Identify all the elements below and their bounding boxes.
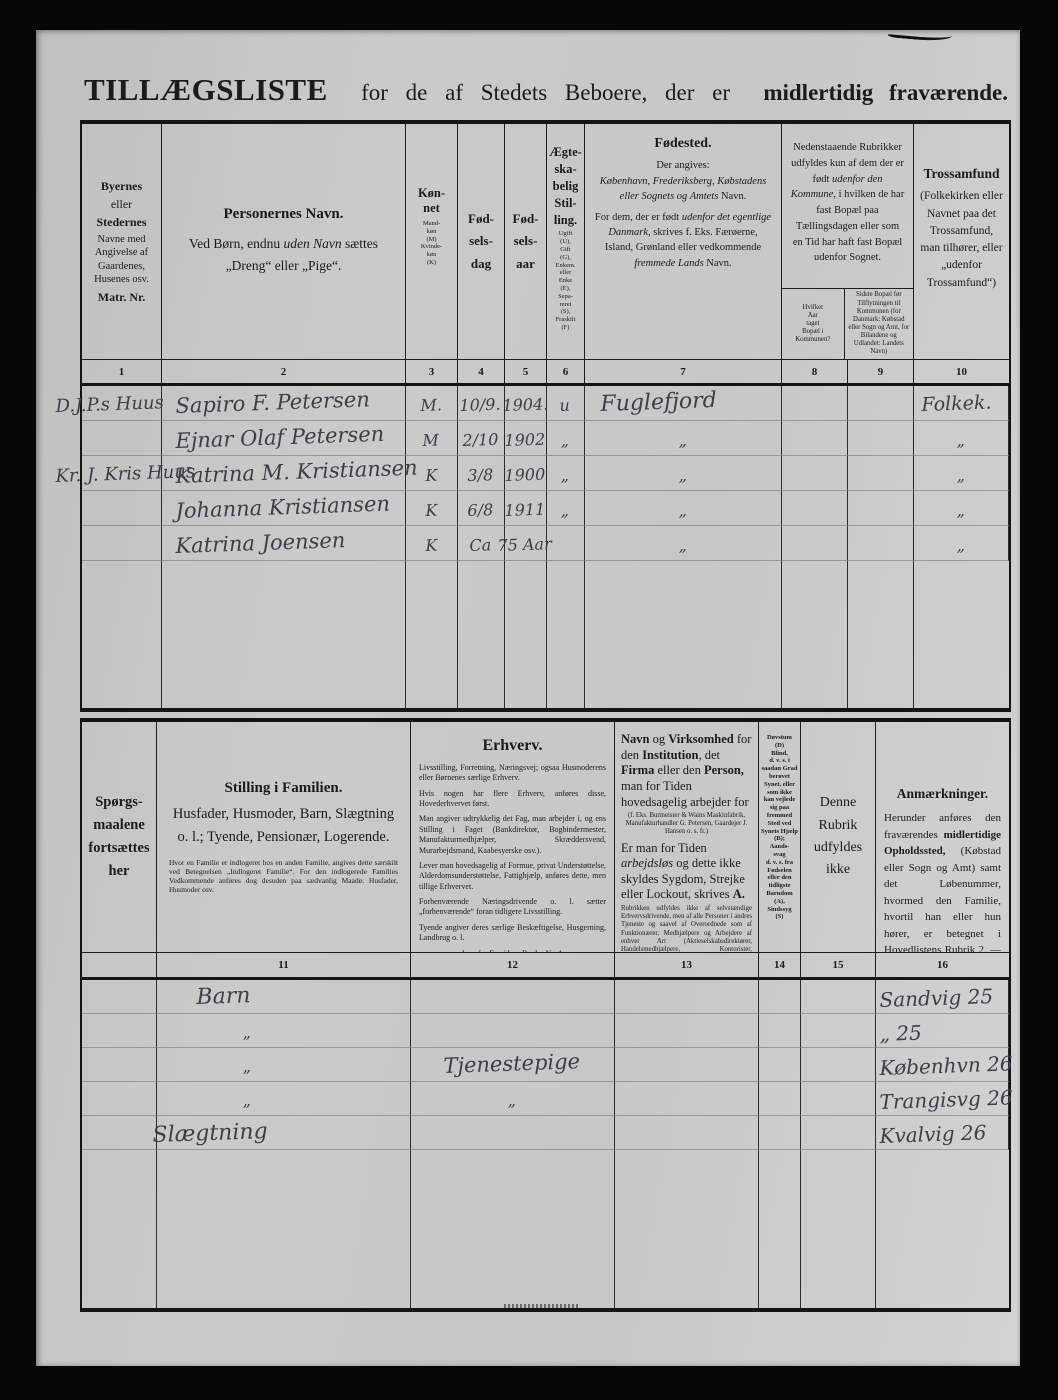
cell-family-position: „ <box>157 1048 411 1082</box>
cell-matr <box>82 526 162 561</box>
cell-unused <box>801 1014 876 1048</box>
cell-birthplace: Fuglefjord <box>585 386 782 421</box>
cell-stub <box>82 980 157 1014</box>
cell-remarks: Kvalvig 26 <box>876 1116 1009 1150</box>
cell-year-settled <box>782 456 848 491</box>
col10-subtext: (Folkekirken eller Navnet paa det Trossa… <box>920 188 1003 292</box>
census-scan-page: { "title":{"strong":"TILLÆGSLISTE","mid"… <box>0 0 1058 1400</box>
colnum-12: 12 <box>411 953 615 977</box>
cell-year-settled <box>782 386 848 421</box>
cell-last-residence <box>848 456 914 491</box>
cell-name: Ejnar Olaf Petersen <box>162 421 406 456</box>
col1-stedernes: Stedernes <box>97 213 147 231</box>
lower-table: Spørgs- maalene fortsættes her Stilling … <box>80 718 1011 1312</box>
cell-employer <box>615 980 759 1014</box>
header-col8-year-settled: Hvilket Aar taget Bopæl i Kommunen? <box>782 289 845 359</box>
cell-birthday: 10/9. <box>458 386 505 421</box>
empty-cell <box>547 561 585 708</box>
col4-heading: Fød- sels- dag <box>468 208 494 274</box>
colnum-15: 15 <box>801 953 876 977</box>
header-col13-employer: Navn og Virksomhed for den Institution, … <box>615 722 759 952</box>
header-col3-sex: Køn- net Mand- køn (M) Kvinde- køn (K) <box>406 124 458 359</box>
cell-disability <box>759 1048 801 1082</box>
cell-marital: „ <box>547 456 585 491</box>
empty-cell <box>162 561 406 708</box>
col1-matr-nr: Matr. Nr. <box>98 288 145 306</box>
cell-year-settled <box>782 421 848 456</box>
col13-main-text: Navn og Virksomhed for den Institution, … <box>621 732 752 810</box>
cell-matr <box>82 491 162 526</box>
col1-eller: eller <box>111 195 132 213</box>
col13-note-smallprint: Rubrikken udfyldes ikke af selvstændige … <box>621 905 752 952</box>
col16-heading: Anmærkninger. <box>897 784 988 804</box>
lower-table-body: Barn Sandvig 25 „ „ 25 „ Tjenestepige Kø… <box>82 980 1009 1308</box>
col1-byernes: Byernes <box>101 177 142 195</box>
cell-birthyear: 1900 <box>505 456 547 491</box>
colnum-14: 14 <box>759 953 801 977</box>
cell-sex: M. <box>406 386 458 421</box>
cell-year-settled <box>782 491 848 526</box>
header-stub-questions-continue: Spørgs- maalene fortsættes her <box>82 722 157 952</box>
empty-cell <box>82 561 162 708</box>
printer-imprint-smudge <box>504 1304 578 1308</box>
lower-table-column-numbers: 11 12 13 14 15 16 <box>82 952 1009 980</box>
cell-marital: „ <box>547 491 585 526</box>
cell-name: Sapiro F. Petersen <box>162 386 406 421</box>
colnum-11: 11 <box>157 953 411 977</box>
cell-birthplace: „ <box>585 491 782 526</box>
col12-para: Lever man hovedsagelig af Formue, privat… <box>419 861 606 892</box>
cell-religion: „ <box>914 526 1009 561</box>
colnum-16: 16 <box>876 953 1009 977</box>
col7-para1: Der angives:København, Frederiksberg, Kø… <box>593 158 773 204</box>
cell-religion: „ <box>914 421 1009 456</box>
upper-table-header: Byernes eller Stedernes Navne med Angive… <box>82 124 1009 359</box>
empty-cell <box>406 561 458 708</box>
cell-matr: D.J.P.s Huus <box>82 386 162 421</box>
col6-heading: Ægte- ska- belig Stil- ling. <box>549 144 582 228</box>
cell-birthday: 3/8 <box>458 456 505 491</box>
empty-cell <box>876 1150 1009 1308</box>
cell-marital <box>547 526 585 561</box>
cell-unused <box>801 1116 876 1150</box>
cell-birthplace: „ <box>585 526 782 561</box>
header-col16-remarks: Anmærkninger. Herunder anføres den fravæ… <box>876 722 1009 952</box>
cell-birthyear: 1911 <box>505 491 547 526</box>
colnum-13: 13 <box>615 953 759 977</box>
title-word-tillaegsliste: TILLÆGSLISTE <box>84 72 328 108</box>
cell-last-residence <box>848 491 914 526</box>
cell-last-residence <box>848 386 914 421</box>
cell-birthday: 6/8 <box>458 491 505 526</box>
col12-footnote: Jævnfør Forsidens Regler Nr. 4. <box>461 949 563 952</box>
col7-para2: For dem, der er født udenfor det egentli… <box>593 210 773 271</box>
colnum-stub <box>82 953 157 977</box>
colnum-4: 4 <box>458 360 505 383</box>
empty-cell <box>848 561 914 708</box>
header-col1-place: Byernes eller Stedernes Navne med Angive… <box>82 124 162 359</box>
cell-stub <box>82 1014 157 1048</box>
cell-occupation <box>411 1014 615 1048</box>
upper-table: Byernes eller Stedernes Navne med Angive… <box>80 120 1011 712</box>
colnum-7: 7 <box>585 360 782 383</box>
empty-cell <box>615 1150 759 1308</box>
cell-employer <box>615 1048 759 1082</box>
header-col14-disabilities: Døvstum (D) Blind, d. v. s. i saadan Gra… <box>759 722 801 952</box>
cell-family-position: Slægtning <box>157 1116 411 1150</box>
col6-smallprint: Ugift (U), Gift (G), Enkem. eller Enke (… <box>555 230 575 331</box>
upper-table-column-numbers: 1 2 3 4 5 6 7 8 9 10 <box>82 359 1009 386</box>
cell-religion: Folkek. <box>914 386 1009 421</box>
col12-para: Livsstilling, Forretning, Næringsvej; og… <box>419 763 606 784</box>
header-col5-birthyear: Fød- sels- aar <box>505 124 547 359</box>
col2-subtext: Ved Børn, endnu uden Navn sættes „Dreng“… <box>176 233 391 276</box>
colnum-5: 5 <box>505 360 547 383</box>
cell-family-position: „ <box>157 1082 411 1116</box>
cell-remarks: Trangisvg 26 <box>876 1082 1009 1116</box>
col13-unemployed-text: Er man for Tiden arbejdsløs og dette ikk… <box>621 841 752 904</box>
cell-remarks: „ 25 <box>876 1014 1009 1048</box>
cell-occupation: Tjenestepige <box>411 1048 615 1082</box>
cell-year-settled <box>782 526 848 561</box>
cell-name: Katrina M. Kristiansen <box>162 456 406 491</box>
cell-stub <box>82 1082 157 1116</box>
header-col8-9-group: Nedenstaaende Rubrikker udfyldes kun af … <box>782 124 914 359</box>
header-col11-family-position: Stilling i Familien. Husfader, Husmoder,… <box>157 722 411 952</box>
cell-birthyear: 1902 <box>505 421 547 456</box>
lower-table-header: Spørgs- maalene fortsættes her Stilling … <box>82 722 1009 952</box>
cell-birthplace: „ <box>585 421 782 456</box>
col12-para: Forhenværende Næringsdrivende o. l. sætt… <box>419 897 606 918</box>
col12-para: Hvis nogen har flere Erhverv, anføres di… <box>419 789 606 810</box>
cell-marital: „ <box>547 421 585 456</box>
cell-disability <box>759 980 801 1014</box>
colnum-6: 6 <box>547 360 585 383</box>
colnum-9: 9 <box>848 360 914 383</box>
col12-para: Man angiver udtrykkelig det Fag, man arb… <box>419 814 606 856</box>
empty-cell <box>759 1150 801 1308</box>
cell-unused <box>801 1082 876 1116</box>
cell-birthyear: 1904. <box>505 386 547 421</box>
cell-unused <box>801 980 876 1014</box>
colnum-8: 8 <box>782 360 848 383</box>
cell-religion: „ <box>914 456 1009 491</box>
col15-text: Denne Rubrik udfyldes ikke <box>814 792 862 882</box>
col1-smallprint: Navne med Angivelse af Gaardenes, Husene… <box>94 233 149 286</box>
cell-disability <box>759 1082 801 1116</box>
cell-matr <box>82 421 162 456</box>
cell-last-residence <box>848 526 914 561</box>
cell-family-position: „ <box>157 1014 411 1048</box>
empty-cell <box>914 561 1009 708</box>
col5-heading: Fød- sels- aar <box>513 208 539 274</box>
col11-subtext: Husfader, Husmoder, Barn, Slægtning o. l… <box>169 803 398 848</box>
col8-9-subheaders: Hvilket Aar taget Bopæl i Kommunen? Sids… <box>782 288 913 359</box>
header-col10-religion: Trossamfund (Folkekirken eller Navnet pa… <box>914 124 1009 359</box>
empty-cell <box>458 561 505 708</box>
cell-marital: u <box>547 386 585 421</box>
cell-stub <box>82 1048 157 1082</box>
empty-cell <box>782 561 848 708</box>
page-title: TILLÆGSLISTE for de af Stedets Beboere, … <box>84 72 1008 108</box>
cell-employer <box>615 1082 759 1116</box>
empty-cell <box>157 1150 411 1308</box>
col12-heading: Erhverv. <box>483 736 543 757</box>
col7-heading: Fødested. <box>654 134 711 154</box>
header-col2-name: Personernes Navn. Ved Børn, endnu uden N… <box>162 124 406 359</box>
col8-9-group-note: Nedenstaaende Rubrikker udfyldes kun af … <box>782 124 913 288</box>
cell-remarks: Københvn 26 <box>876 1048 1009 1082</box>
cell-remarks: Sandvig 25 <box>876 980 1009 1014</box>
header-col9-last-residence: Sidste Bopæl før Tilflytningen til Kommu… <box>845 289 913 359</box>
cell-sex: K <box>406 526 458 561</box>
cell-sex: K <box>406 456 458 491</box>
cell-employer <box>615 1014 759 1048</box>
cell-unused <box>801 1048 876 1082</box>
col12-para: Tyende angiver deres særlige Beskæftigel… <box>419 923 606 944</box>
colnum-2: 2 <box>162 360 406 383</box>
col3-smallprint: Mand- køn (M) Kvinde- køn (K) <box>421 220 442 267</box>
col16-subtext: Herunder anføres den fraværendes midlert… <box>884 810 1001 952</box>
empty-cell <box>801 1150 876 1308</box>
cell-disability <box>759 1116 801 1150</box>
cell-sex: M <box>406 421 458 456</box>
col10-heading: Trossamfund <box>923 164 999 184</box>
empty-cell <box>585 561 782 708</box>
title-bold-end: midlertidig fraværende. <box>763 80 1008 106</box>
col3-heading: Køn- net <box>418 186 445 216</box>
cell-sex: K <box>406 491 458 526</box>
cell-stub <box>82 1116 157 1150</box>
colnum-1: 1 <box>82 360 162 383</box>
header-col6-marital: Ægte- ska- belig Stil- ling. Ugift (U), … <box>547 124 585 359</box>
cell-occupation: „ <box>411 1082 615 1116</box>
cell-occupation <box>411 980 615 1014</box>
empty-cell <box>411 1150 615 1308</box>
cell-disability <box>759 1014 801 1048</box>
cell-employer <box>615 1116 759 1150</box>
cell-name: Katrina Joensen <box>162 526 406 561</box>
cell-birthday: 2/10 <box>458 421 505 456</box>
title-middle-text: for de af Stedets Beboere, der er <box>361 80 730 106</box>
col11-heading: Stilling i Familien. <box>225 780 343 797</box>
colnum-3: 3 <box>406 360 458 383</box>
col13-example-smallprint: (f. Eks. Burmeister & Wains Maskinfabrik… <box>621 812 752 836</box>
cell-matr: Kr. J. Kris Huus <box>82 456 162 491</box>
empty-cell <box>505 561 547 708</box>
header-col4-birthday: Fød- sels- dag <box>458 124 505 359</box>
col2-heading: Personernes Navn. <box>224 206 344 223</box>
upper-table-body: D.J.P.s Huus Sapiro F. Petersen M. 10/9.… <box>82 386 1009 708</box>
header-col15-not-filled: Denne Rubrik udfyldes ikke <box>801 722 876 952</box>
cell-name: Johanna Kristiansen <box>162 491 406 526</box>
cell-last-residence <box>848 421 914 456</box>
cell-religion: „ <box>914 491 1009 526</box>
cell-occupation <box>411 1116 615 1150</box>
col11-smallprint: Hvor en Familie er indlogeret hos en and… <box>169 858 398 894</box>
empty-cell <box>82 1150 157 1308</box>
colnum-10: 10 <box>914 360 1009 383</box>
cell-family-position: Barn <box>157 980 411 1014</box>
cell-birthyear: 75 Aar <box>505 526 547 561</box>
pen-mark <box>888 25 953 43</box>
header-col12-occupation: Erhverv. Livsstilling, Forretning, Nærin… <box>411 722 615 952</box>
header-col7-birthplace: Fødested. Der angives:København, Frederi… <box>585 124 782 359</box>
col14-smallprint: Døvstum (D) Blind, d. v. s. i saadan Gra… <box>761 734 798 921</box>
scanned-census-sheet: TILLÆGSLISTE for de af Stedets Beboere, … <box>36 30 1020 1366</box>
cell-birthplace: „ <box>585 456 782 491</box>
